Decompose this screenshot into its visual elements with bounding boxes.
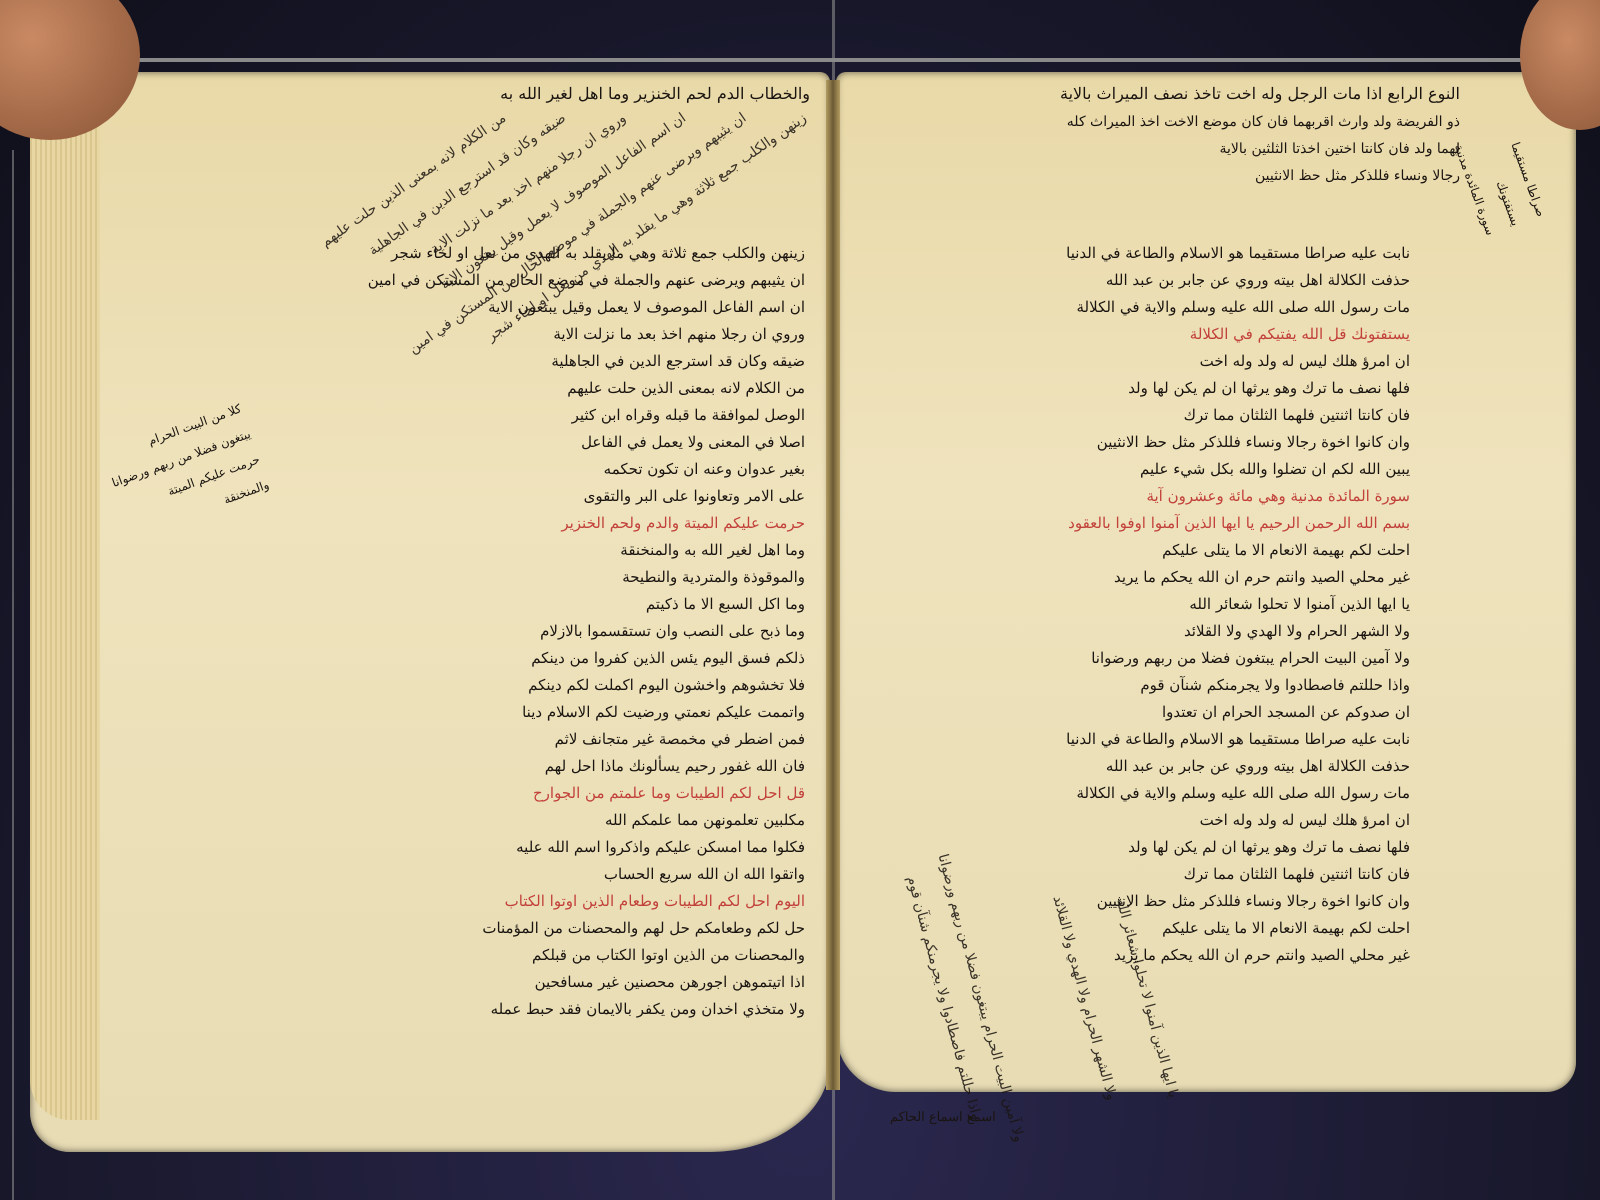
right-page-main-text: نابت عليه صراطا مستقيما هو الاسلام والطا…: [900, 240, 1410, 969]
left-page-header: والخطاب الدم لحم الخنزير وما اهل لغير ال…: [110, 80, 810, 107]
left-page-main-text: زينهن والكلب جمع ثلاثة وهي ما يقلد به ال…: [260, 240, 805, 1023]
right-page-upper-commentary: ذو الفريضة ولد وارث اقربهما فان كان موضع…: [1000, 110, 1460, 191]
book-gutter: [826, 80, 840, 1090]
background-rule-top: [120, 58, 1580, 62]
right-page-footer-note: اسمع اسماع الحاكم: [890, 1110, 996, 1125]
right-page-header: النوع الرابع اذا مات الرجل وله اخت تاخذ …: [900, 80, 1460, 107]
page-stack-edge: [30, 110, 100, 1120]
background-rule-vertical-left: [12, 150, 14, 1200]
right-bottom-marginalia: يا ايها الذين آمنوا لا تحلوا شعائر الله …: [870, 990, 1250, 1100]
